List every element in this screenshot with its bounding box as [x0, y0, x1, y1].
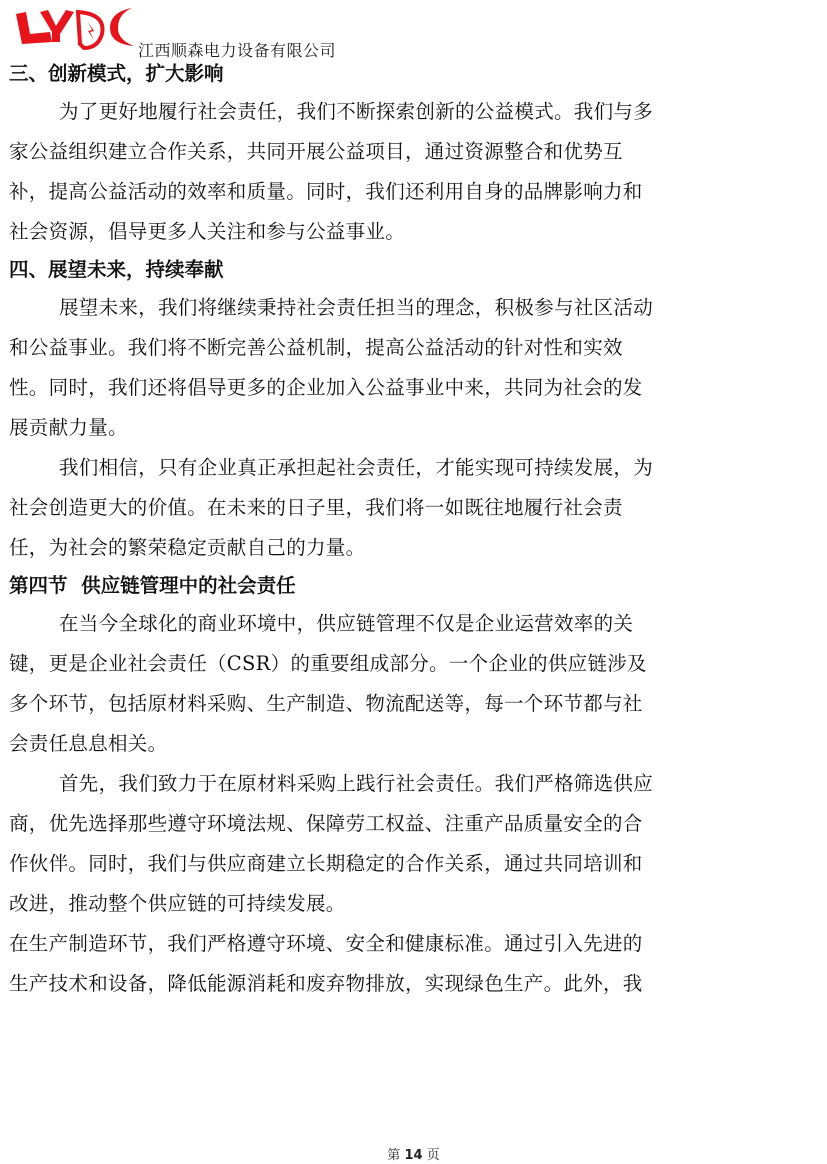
- text-line: 社会创造更大的价值。在未来的日子里，我们将一如既往地履行社会责: [9, 488, 821, 528]
- page-footer: 第 14 页: [0, 1144, 827, 1163]
- paragraph: 在当今全球化的商业环境中，供应链管理不仅是企业运营效率的关 键，更是企业社会责任…: [9, 604, 821, 764]
- page-label-prefix: 第: [387, 1148, 400, 1163]
- text-line: 补，提高公益活动的效率和质量。同时，我们还利用自身的品牌影响力和: [9, 172, 821, 212]
- paragraph: 展望未来，我们将继续秉持社会责任担当的理念，积极参与社区活动 和公益事业。我们将…: [9, 288, 821, 448]
- paragraph: 首先，我们致力于在原材料采购上践行社会责任。我们严格筛选供应 商，优先选择那些遵…: [9, 764, 821, 924]
- section-heading: 三、创新模式，扩大影响: [9, 56, 821, 92]
- paragraph: 在生产制造环节，我们严格遵守环境、安全和健康标准。通过引入先进的 生产技术和设备…: [9, 924, 821, 1004]
- text-line: 在当今全球化的商业环境中，供应链管理不仅是企业运营效率的关: [9, 604, 821, 644]
- paragraph: 我们相信，只有企业真正承担起社会责任，才能实现可持续发展，为 社会创造更大的价值…: [9, 448, 821, 568]
- page-header: 江西顺森电力设备有限公司: [6, 4, 426, 56]
- text-line: 任，为社会的繁荣稳定贡献自己的力量。: [9, 528, 821, 568]
- text-line: 首先，我们致力于在原材料采购上践行社会责任。我们严格筛选供应: [9, 764, 821, 804]
- page-number: 14: [404, 1148, 422, 1163]
- section-heading: 第四节 供应链管理中的社会责任: [9, 568, 821, 604]
- text-line: 性。同时，我们还将倡导更多的企业加入公益事业中来，共同为社会的发: [9, 368, 821, 408]
- text-line: 生产技术和设备，降低能源消耗和废弃物排放，实现绿色生产。此外，我: [9, 964, 821, 1004]
- text-line: 社会资源，倡导更多人关注和参与公益事业。: [9, 212, 821, 252]
- text-line: 我们相信，只有企业真正承担起社会责任，才能实现可持续发展，为: [9, 448, 821, 488]
- document-body: 三、创新模式，扩大影响 为了更好地履行社会责任，我们不断探索创新的公益模式。我们…: [9, 56, 821, 1004]
- company-logo-icon: [10, 4, 138, 50]
- text-line: 键，更是企业社会责任（CSR）的重要组成部分。一个企业的供应链涉及: [9, 644, 821, 684]
- text-line: 商，优先选择那些遵守环境法规、保障劳工权益、注重产品质量安全的合: [9, 804, 821, 844]
- text-line: 展望未来，我们将继续秉持社会责任担当的理念，积极参与社区活动: [9, 288, 821, 328]
- text-line: 作伙伴。同时，我们与供应商建立长期稳定的合作关系，通过共同培训和: [9, 844, 821, 884]
- text-line: 改进，推动整个供应链的可持续发展。: [9, 884, 821, 924]
- section-heading: 四、展望未来，持续奉献: [9, 252, 821, 288]
- text-line: 多个环节，包括原材料采购、生产制造、物流配送等，每一个环节都与社: [9, 684, 821, 724]
- text-line: 家公益组织建立合作关系，共同开展公益项目，通过资源整合和优势互: [9, 132, 821, 172]
- text-line: 和公益事业。我们将不断完善公益机制，提高公益活动的针对性和实效: [9, 328, 821, 368]
- page-label-suffix: 页: [427, 1148, 440, 1163]
- text-line: 展贡献力量。: [9, 408, 821, 448]
- text-line: 会责任息息相关。: [9, 724, 821, 764]
- text-line: 为了更好地履行社会责任，我们不断探索创新的公益模式。我们与多: [9, 92, 821, 132]
- paragraph: 为了更好地履行社会责任，我们不断探索创新的公益模式。我们与多 家公益组织建立合作…: [9, 92, 821, 252]
- text-line: 在生产制造环节，我们严格遵守环境、安全和健康标准。通过引入先进的: [9, 924, 821, 964]
